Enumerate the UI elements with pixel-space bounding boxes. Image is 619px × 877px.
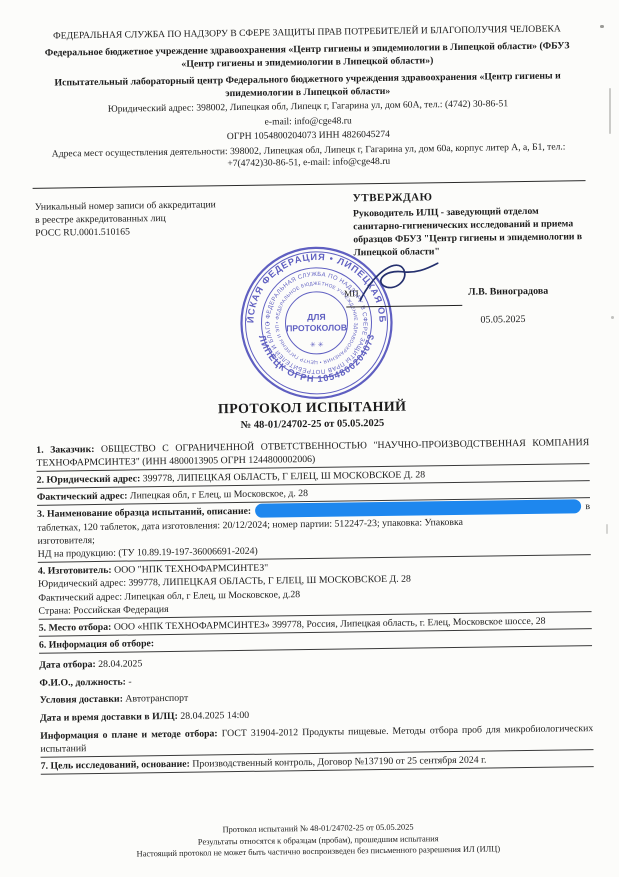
section-2-label: 2. Юридический адрес: — [37, 473, 141, 485]
section-3-nd-label: НД на продукцию: — [38, 548, 116, 560]
accreditation-block: Уникальный номер записи об аккредитации … — [35, 198, 216, 240]
document-content: ФЕДЕРАЛЬНАЯ СЛУЖБА ПО НАДЗОРУ В СФЕРЕ ЗА… — [0, 0, 619, 877]
organization-name: Федеральное бюджетное учреждение здравоо… — [31, 39, 584, 73]
section-6-fio: Ф.И.О., должность: - — [39, 669, 592, 690]
section-7-value: Производственный контроль, Договор №1371… — [192, 755, 486, 770]
accreditation-line1: Уникальный номер записи об аккредитации — [35, 198, 216, 214]
section-4-label: 4. Изготовитель: — [38, 565, 112, 577]
delivery-conditions-value: Автотранспорт — [125, 693, 188, 705]
fio-value: - — [128, 676, 131, 687]
activity-addresses: Адреса мест осуществления деятельности: … — [32, 141, 585, 174]
protocol-sections: 1. Заказчик: ОБЩЕСТВО С ОГРАНИЧЕННОЙ ОТВ… — [36, 436, 594, 775]
delivery-conditions-label: Условия доставки: — [40, 694, 123, 706]
section-1-label: 1. Заказчик: — [36, 444, 94, 456]
section-5-label: 5. Место отбора: — [39, 622, 112, 634]
section-7-label: 7. Цель исследований, основание: — [41, 759, 190, 772]
section-3-after-bar: в — [585, 500, 590, 513]
handwritten-signature — [354, 254, 465, 312]
scan-artifact — [609, 88, 611, 134]
section-6-delivery-datetime: Дата и время доставки в ИЛЦ: 28.04.2025 … — [40, 704, 593, 725]
section-6-sampling-date: Дата отбора: 28.04.2025 — [39, 651, 592, 672]
section-2b-label: Фактический адрес: — [37, 491, 128, 503]
scan-artifact — [611, 316, 614, 319]
section-5-value: ООО «НПК ТЕХНОФАРМСИНТЕЗ» 399778, Россия… — [114, 616, 546, 633]
section-2-value: 399778, ЛИПЕЦКАЯ ОБЛАСТЬ, Г ЕЛЕЦ, Ш МОСК… — [143, 469, 426, 484]
section-3-nd-value: (ТУ 10.89.19-197-36006691-2024) — [118, 546, 258, 559]
approval-date: 05.05.2025 — [480, 313, 525, 325]
scanned-document-page: ФЕДЕРАЛЬНАЯ СЛУЖБА ПО НАДЗОРУ В СФЕРЕ ЗА… — [0, 0, 619, 877]
place-of-seal-mark: МП — [344, 288, 359, 298]
signer-name: Л.В. Виноградова — [468, 285, 548, 297]
section-1-value: ОБЩЕСТВО С ОГРАНИЧЕННОЙ ОТВЕТСТВЕННОСТЬЮ… — [36, 437, 589, 469]
delivery-datetime-label: Дата и время доставки в ИЛЦ: — [40, 711, 178, 724]
sampling-method-label: Информация о плане и методе отбора: — [40, 728, 218, 741]
sampling-date-label: Дата отбора: — [39, 659, 96, 671]
stamp-center-line2: ПРОТОКОЛОВ — [286, 322, 347, 333]
section-6-delivery-conditions: Условия доставки: Автотранспорт — [40, 686, 593, 707]
scan-artifact — [600, 25, 604, 28]
section-4-value: ООО "НПК ТЕХНОФАРМСИНТЕЗ" — [114, 563, 268, 576]
section-2b-value: Липецкая обл, г Елец, ш Московское, д. 2… — [130, 488, 308, 501]
accreditation-number: РОСС RU.0001.510165 — [35, 224, 216, 240]
sampling-date-value: 28.04.2025 — [98, 658, 142, 670]
section-6-label: 6. Информация об отборе: — [39, 638, 154, 651]
delivery-datetime-value: 28.04.2025 14:00 — [180, 710, 249, 722]
approval-band: Уникальный номер записи об аккредитации … — [33, 181, 589, 401]
document-header: ФЕДЕРАЛЬНАЯ СЛУЖБА ПО НАДЗОРУ В СФЕРЕ ЗА… — [30, 22, 585, 173]
scan-artifact — [606, 524, 608, 534]
page-footer: Протокол испытаний № 48-01/24702-25 от 0… — [42, 819, 595, 861]
stamp-center-line1: ДЛЯ — [307, 311, 325, 321]
fio-label: Ф.И.О., должность: — [39, 676, 126, 688]
approval-title: УТВЕРЖДАЮ — [353, 189, 587, 205]
stamp-stars: ✳ ✳ — [310, 340, 324, 348]
